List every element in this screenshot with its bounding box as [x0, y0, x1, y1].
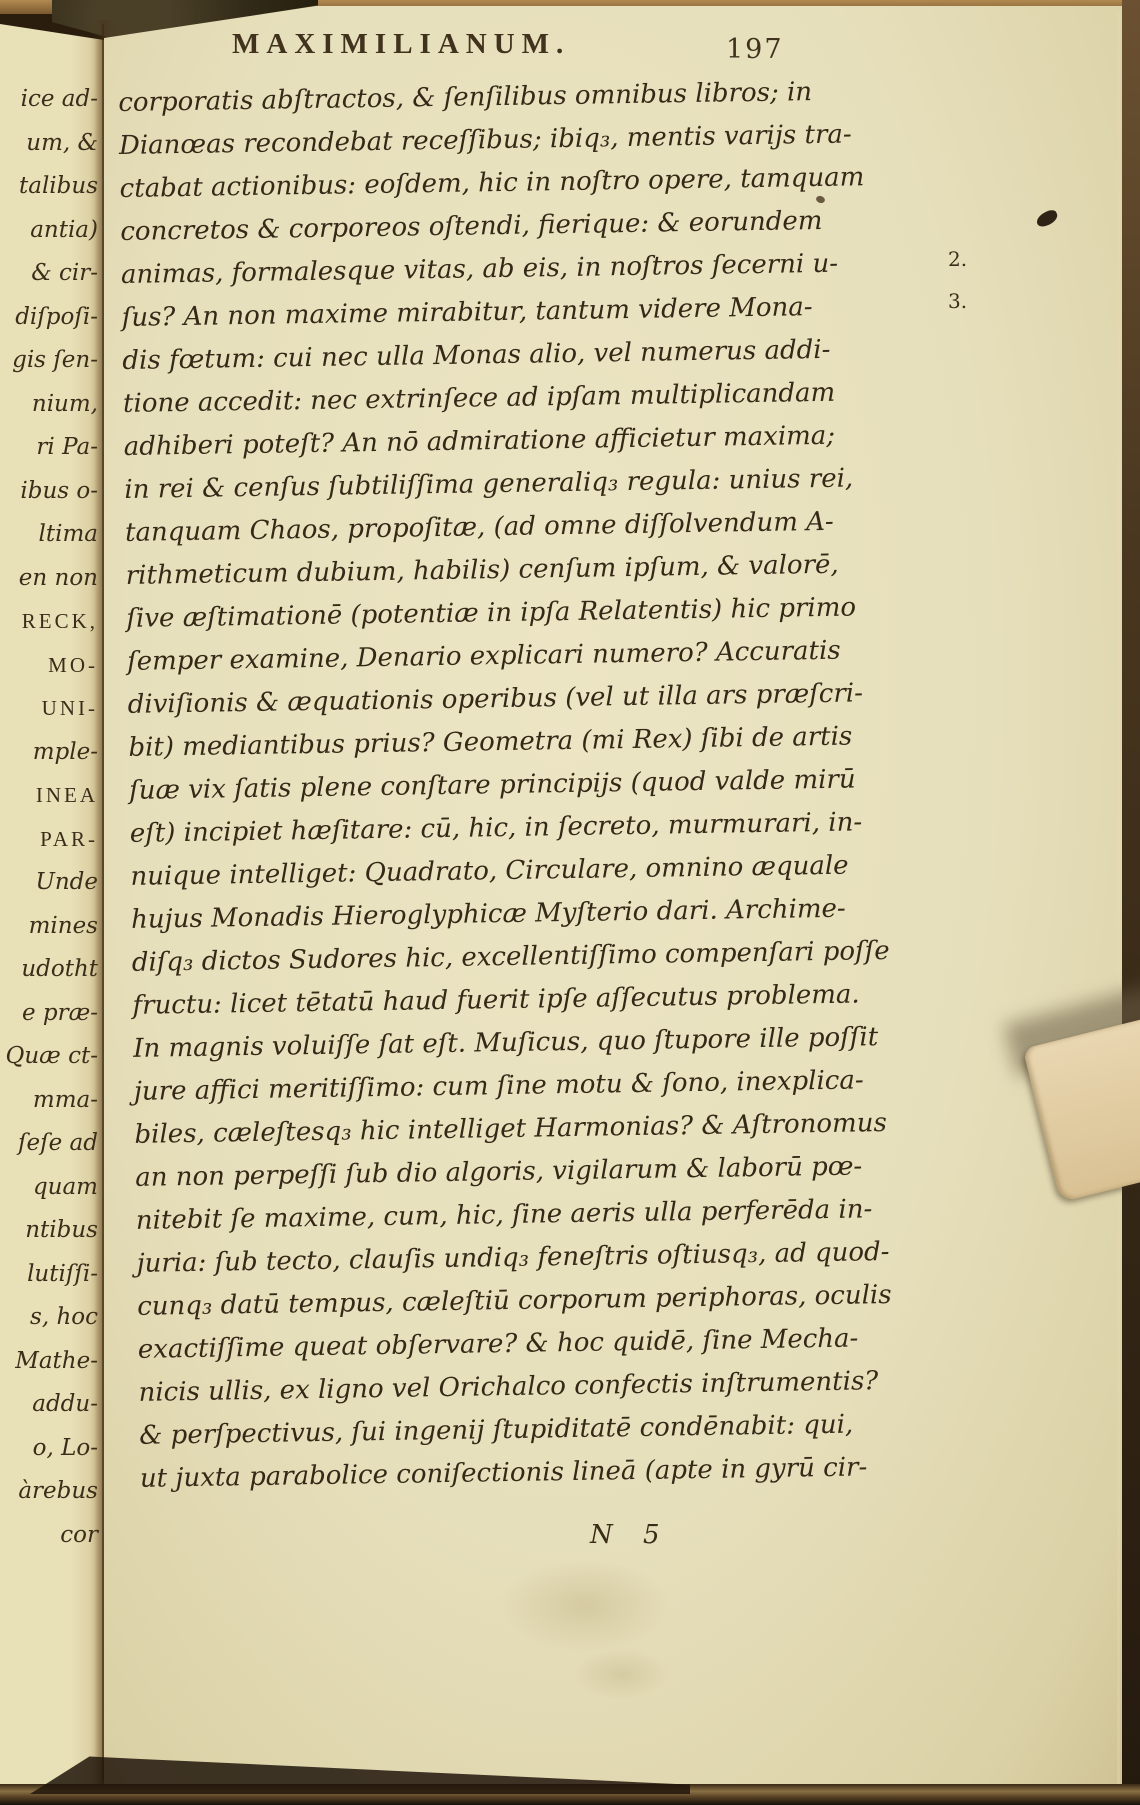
margin-note: 3.: [948, 280, 967, 322]
margin-line: Unde: [0, 861, 98, 905]
margin-line: RECK,: [0, 600, 98, 644]
margin-line: Quæ ct-: [0, 1035, 98, 1079]
margin-line: INEA: [0, 774, 98, 818]
margin-line: ice ad-: [0, 78, 98, 122]
paper-stain: [500, 1558, 670, 1653]
margin-note: 2.: [948, 238, 967, 280]
margin-line: ibus o-: [0, 470, 98, 514]
margin-line: PAR-: [0, 818, 98, 862]
margin-line: o, Lo-: [0, 1427, 98, 1471]
margin-line: talibus: [0, 165, 98, 209]
margin-line: mple-: [0, 731, 98, 775]
margin-line: ntibus: [0, 1209, 98, 1253]
page-crease: [102, 24, 104, 1780]
facing-page-sliver: ice ad-um, &talibusantia)& cir-diſpoſi-g…: [0, 12, 104, 1792]
margin-line: ſeſe ad: [0, 1122, 98, 1166]
signature-mark: N 5: [590, 1520, 660, 1550]
margin-line: mines: [0, 905, 98, 949]
margin-line: MO-: [0, 644, 98, 688]
margin-line: gis ſen-: [0, 339, 98, 383]
body-text: corporatis abſtractos, & ſenſilibus omni…: [118, 70, 880, 1500]
ink-blot: [1034, 208, 1059, 229]
book-page-scan: ice ad-um, &talibusantia)& cir-diſpoſi-g…: [0, 0, 1140, 1805]
margin-line: diſpoſi-: [0, 296, 98, 340]
page-edge-highlight: [1117, 10, 1120, 1785]
running-header: MAXIMILIANUM.: [232, 28, 570, 61]
margin-notes: 2.3.: [948, 238, 967, 322]
margin-line: e præ-: [0, 992, 98, 1036]
book-fore-edge: [1122, 0, 1140, 1805]
page-number: 197: [726, 34, 784, 65]
margin-line: ltima: [0, 513, 98, 557]
margin-line: udotht: [0, 948, 98, 992]
left-margin-column: ice ad-um, &talibusantia)& cir-diſpoſi-g…: [0, 78, 98, 1557]
margin-line: addu-: [0, 1383, 98, 1427]
margin-line: lutiſſi-: [0, 1253, 98, 1297]
margin-line: cor: [0, 1514, 98, 1558]
margin-line: ri Pa-: [0, 426, 98, 470]
margin-line: antia): [0, 209, 98, 253]
margin-line: & cir-: [0, 252, 98, 296]
margin-line: um, &: [0, 122, 98, 166]
margin-line: en non: [0, 557, 98, 601]
margin-line: Mathe-: [0, 1340, 98, 1384]
paper-stain: [574, 1648, 669, 1700]
margin-line: quam: [0, 1166, 98, 1210]
margin-line: s, hoc: [0, 1296, 98, 1340]
main-page: MAXIMILIANUM. 197 corporatis abſtractos,…: [104, 6, 1122, 1792]
margin-line: mma-: [0, 1079, 98, 1123]
margin-line: nium,: [0, 383, 98, 427]
margin-line: àrebus: [0, 1470, 98, 1514]
margin-line: UNI-: [0, 687, 98, 731]
